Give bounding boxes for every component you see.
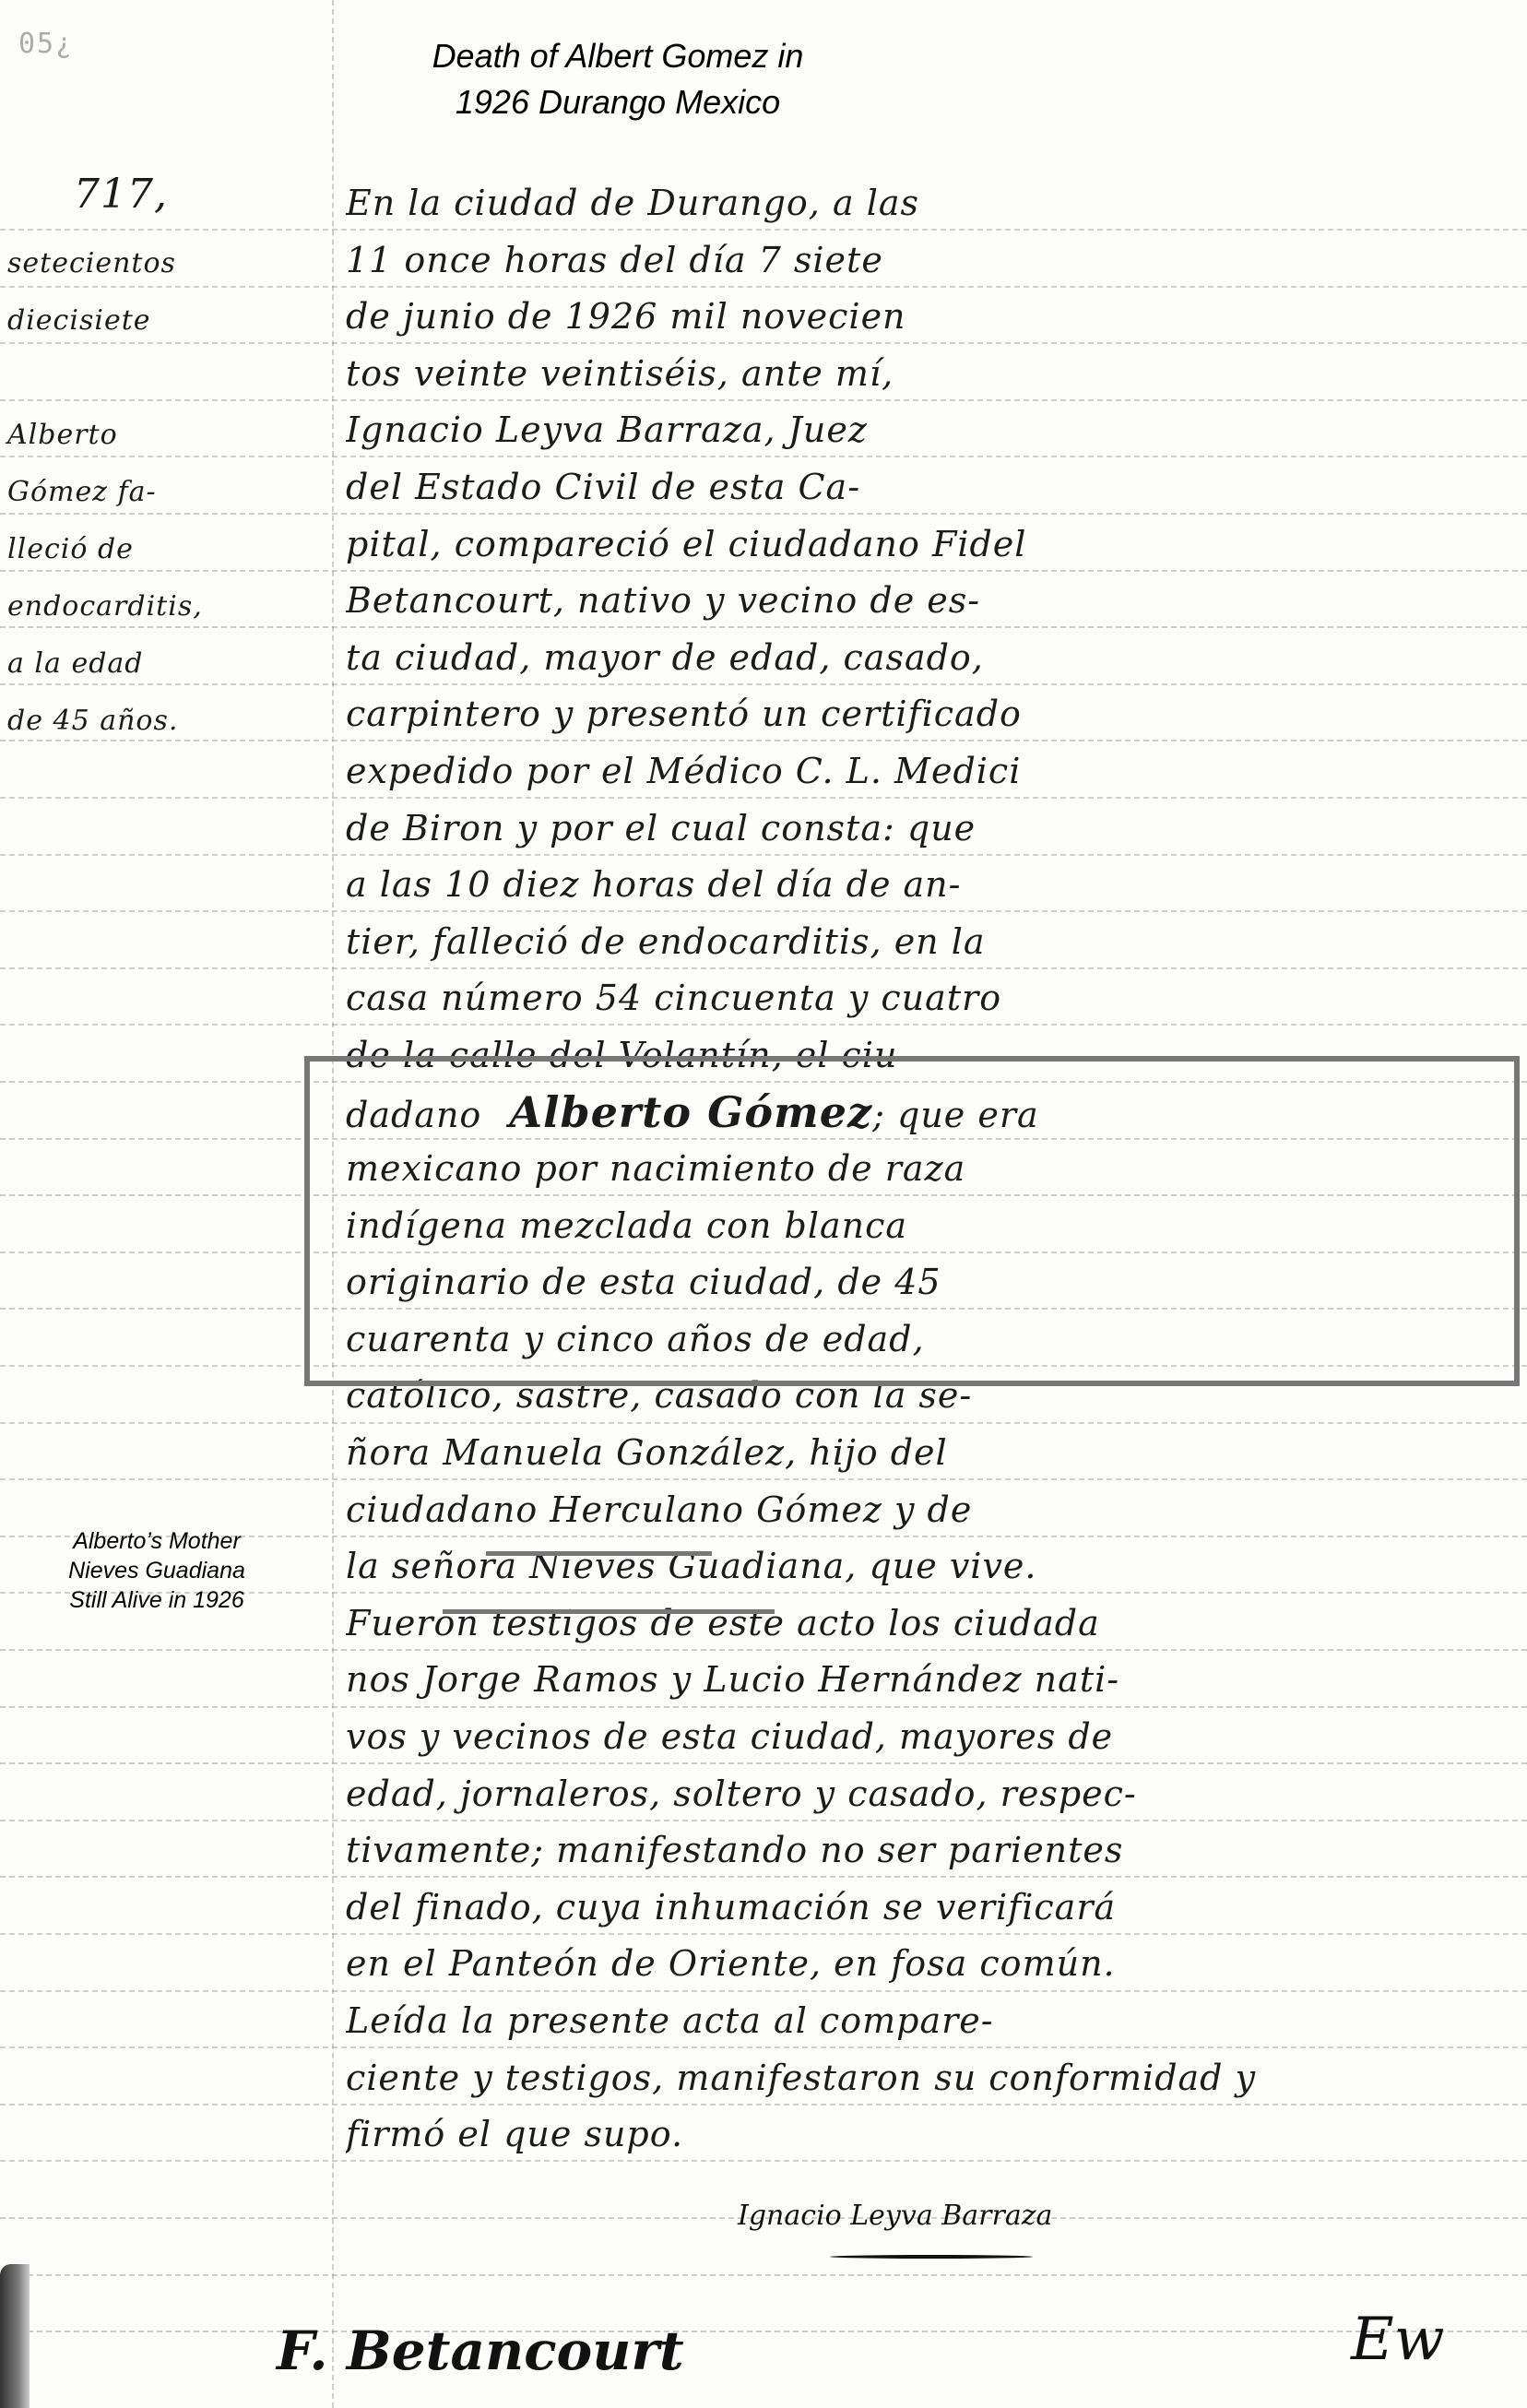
record-line-text: nos Jorge Ramos y Lucio Hernández nati- <box>346 1659 1119 1700</box>
record-line-text: carpintero y presentó un certificado <box>346 694 1022 734</box>
record-line: casa número 54 cincuenta y cuatro <box>346 970 1508 1027</box>
record-line: En la ciudad de Durango, a las <box>346 175 1508 232</box>
record-line: la señora Nieves Guadiana, que vive. <box>346 1538 1508 1595</box>
record-line: firmó el que supo. <box>346 2106 1508 2164</box>
margin-line: a la edad <box>7 635 326 693</box>
side-note-line-3: Still Alive in 1926 <box>37 1585 277 1615</box>
record-line: nos Jorge Ramos y Lucio Hernández nati- <box>346 1652 1508 1709</box>
record-line-text: tivamente; manifestando no ser parientes <box>346 1830 1123 1870</box>
deceased-highlight-box <box>304 1056 1520 1386</box>
record-line: del finado, cuya inhumación se verificar… <box>346 1880 1508 1937</box>
record-line-text: 11 once horas del día 7 siete <box>346 240 883 280</box>
ruled-line <box>0 2274 1527 2276</box>
record-line-text: firmó el que supo. <box>346 2114 683 2154</box>
record-line: Ignacio Leyva Barraza, Juez <box>346 402 1508 459</box>
record-line-text: tos veinte veintiséis, ante mí, <box>346 353 894 394</box>
record-line-text: Betancourt, nativo y vecino de es- <box>346 580 980 621</box>
father-name-underline <box>486 1551 712 1556</box>
margin-notation: setecientos diecisiete Alberto Gómez fa-… <box>7 235 326 750</box>
record-line: expedido por el Médico C. L. Medici <box>346 743 1508 801</box>
record-line-text: casa número 54 cincuenta y cuatro <box>346 978 1001 1018</box>
margin-line: endocarditis, <box>7 578 326 635</box>
margin-line: Alberto <box>7 407 326 464</box>
ruled-line <box>0 2331 1527 2332</box>
record-line: Fueron testigos de este acto los ciudada <box>346 1595 1508 1653</box>
record-line-text: de junio de 1926 mil novecien <box>346 296 906 337</box>
margin-line: de 45 años. <box>7 693 326 750</box>
record-line-text: ñora Manuela González, hijo del <box>346 1432 948 1473</box>
entry-number: 717, <box>74 171 168 218</box>
record-line-text: Leída la presente acta al compare- <box>346 2000 994 2041</box>
record-line: del Estado Civil de esta Ca- <box>346 459 1508 516</box>
record-line: ñora Manuela González, hijo del <box>346 1425 1508 1482</box>
mother-annotation: Alberto’s Mother Nieves Guadiana Still A… <box>37 1526 277 1615</box>
record-line: a las 10 diez horas del día de an- <box>346 857 1508 914</box>
judge-signature-flourish <box>830 2255 1033 2259</box>
record-line-text: En la ciudad de Durango, a las <box>346 183 919 223</box>
record-line-text: edad, jornaleros, soltero y casado, resp… <box>346 1773 1137 1814</box>
record-line-text: tier, falleció de endocarditis, en la <box>346 921 986 962</box>
record-line: ciudadano Herculano Gómez y de <box>346 1482 1508 1539</box>
record-line: tos veinte veintiséis, ante mí, <box>346 346 1508 403</box>
margin-line: setecientos <box>7 235 326 292</box>
record-line-text: expedido por el Médico C. L. Medici <box>346 751 1021 791</box>
record-line: 11 once horas del día 7 siete <box>346 232 1508 290</box>
record-line: carpintero y presentó un certificado <box>346 686 1508 743</box>
record-line: pital, compareció el ciudadano Fidel <box>346 516 1508 574</box>
record-line: Leída la presente acta al compare- <box>346 1993 1508 2050</box>
record-line-text: del finado, cuya inhumación se verificar… <box>346 1887 1116 1928</box>
record-line: tivamente; manifestando no ser parientes <box>346 1822 1508 1880</box>
record-line: vos y vecinos de esta ciudad, mayores de <box>346 1709 1508 1766</box>
margin-line: Gómez fa- <box>7 464 326 521</box>
margin-line: lleció de <box>7 521 326 578</box>
clerk-signature: Ew <box>1351 2306 1445 2374</box>
scan-edge-shadow <box>0 2264 30 2408</box>
record-line: ciente y testigos, manifestaron su confo… <box>346 2050 1508 2107</box>
record-line: tier, falleció de endocarditis, en la <box>346 914 1508 971</box>
record-line-text: de Biron y por el cual consta: que <box>346 808 976 848</box>
judge-signature: Ignacio Leyva Barraza <box>738 2200 1052 2232</box>
annotation-title: Death of Albert Gomez in 1926 Durango Me… <box>341 33 894 125</box>
margin-gap <box>7 350 326 407</box>
record-line: en el Panteón de Oriente, en fosa común. <box>346 1936 1508 1993</box>
margin-line: diecisiete <box>7 292 326 350</box>
declarant-signature: F. Betancourt <box>277 2319 684 2382</box>
side-note-line-2: Nieves Guadiana <box>37 1556 277 1585</box>
folio-stamp: 05¿ <box>18 28 74 60</box>
record-line: ta ciudad, mayor de edad, casado, <box>346 630 1508 687</box>
record-line: de junio de 1926 mil novecien <box>346 289 1508 346</box>
record-line-text: vos y vecinos de esta ciudad, mayores de <box>346 1716 1113 1757</box>
record-line-text: Ignacio Leyva Barraza, Juez <box>346 409 868 450</box>
scanned-death-record: 05¿ Death of Albert Gomez in 1926 Durang… <box>0 0 1527 2408</box>
record-line: edad, jornaleros, soltero y casado, resp… <box>346 1766 1508 1823</box>
title-line-2: 1926 Durango Mexico <box>341 79 894 125</box>
record-line-text: en el Panteón de Oriente, en fosa común. <box>346 1943 1116 1984</box>
record-line-text: ciudadano Herculano Gómez y de <box>346 1489 972 1530</box>
record-line-text: pital, compareció el ciudadano Fidel <box>346 524 1026 564</box>
record-line: de Biron y por el cual consta: que <box>346 801 1508 858</box>
title-line-1: Death of Albert Gomez in <box>341 33 894 79</box>
record-line-text: a las 10 diez horas del día de an- <box>346 864 962 905</box>
mother-name-underline <box>443 1609 775 1614</box>
side-note-line-1: Alberto’s Mother <box>37 1526 277 1556</box>
record-line: Betancourt, nativo y vecino de es- <box>346 573 1508 630</box>
record-line-text: del Estado Civil de esta Ca- <box>346 467 860 507</box>
record-line-text: ta ciudad, mayor de edad, casado, <box>346 637 984 678</box>
record-line-text: ciente y testigos, manifestaron su confo… <box>346 2058 1256 2098</box>
